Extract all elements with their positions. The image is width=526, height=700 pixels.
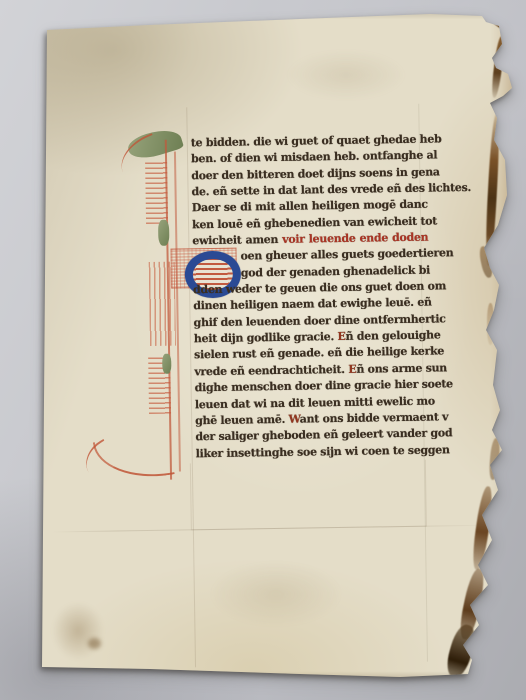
leaf-shadow-wrapper: te bidden. die wi guet of quaet ghedae h…: [0, 0, 526, 700]
text-line-segment: ewicheit amen: [192, 233, 282, 247]
manuscript-leaf: te bidden. die wi guet of quaet ghedae h…: [36, 10, 516, 682]
penwork-comb: [145, 162, 168, 224]
text-block: te bidden. die wi guet of quaet ghedae h…: [191, 132, 432, 463]
text-line-segment: te bidden. die wi guet of quaet ghedae h…: [191, 132, 442, 149]
text-line-segment: ben. of dien wi misdaen heb. ontfanghe a…: [191, 149, 437, 166]
text-line-segment: de. eñ sette in dat lant des vrede eñ de…: [191, 181, 471, 198]
penwork-green-accent: [158, 220, 169, 246]
text-line-segment: doer den bitteren doet dijns soens in ge…: [191, 165, 440, 182]
text-line-segment: leuen dat wi na dit leuen mitti ewelic m…: [195, 394, 435, 411]
text-line-segment: der saliger gheboden eñ geleert vander g…: [195, 426, 452, 443]
text-line-segment: vrede eñ eendrachticheit.: [194, 363, 348, 378]
text-line-segment: liker insettinghe soe sijn wi coen te se…: [196, 443, 450, 460]
text-line-segment: god der genaden ghenadelick bi: [241, 263, 430, 279]
photo-backdrop: te bidden. die wi guet of quaet ghedae h…: [0, 0, 526, 700]
text-line-segment: ken louē eñ ghebenedien van ewicheit tot: [192, 214, 437, 231]
text-line-segment: ant ons bidde vermaent v: [300, 410, 449, 425]
text-line-segment: ghif den leuenden doer dine ontfermherti…: [194, 312, 446, 329]
show-through-frame: [190, 460, 427, 531]
text-line-segment: oen gheuer alles guets goedertieren: [240, 247, 453, 263]
text-line-segment: ghē leuen amē.: [195, 413, 289, 427]
text-line-segment: ñ ons arme sun: [356, 361, 447, 375]
text-line-segment: W: [289, 412, 300, 425]
page-content: te bidden. die wi guet of quaet ghedae h…: [31, 6, 521, 685]
text-line-segment: E: [348, 363, 356, 376]
text-line-segment: sielen rust eñ genade. eñ die heilige ke…: [194, 345, 444, 362]
text-line-segment: dinen heiligen naem dat ewighe leuē. eñ: [193, 296, 432, 313]
text-line-segment: voir leuende ende doden: [282, 231, 428, 246]
text-line-segment: dighe menschen doer dine gracie hier soe…: [195, 377, 453, 394]
text-line-segment: E: [337, 330, 345, 343]
text-line-segment: ñ den gelouighe: [345, 329, 440, 343]
text-line-segment: heit dijn godlike gracie.: [194, 330, 338, 345]
text-line-segment: Daer se di mit allen heiligen mogē danc: [192, 198, 428, 215]
penwork-green-accent: [162, 354, 171, 374]
text-line-segment: dden weder te geuen die ons guet doen om: [193, 279, 446, 296]
